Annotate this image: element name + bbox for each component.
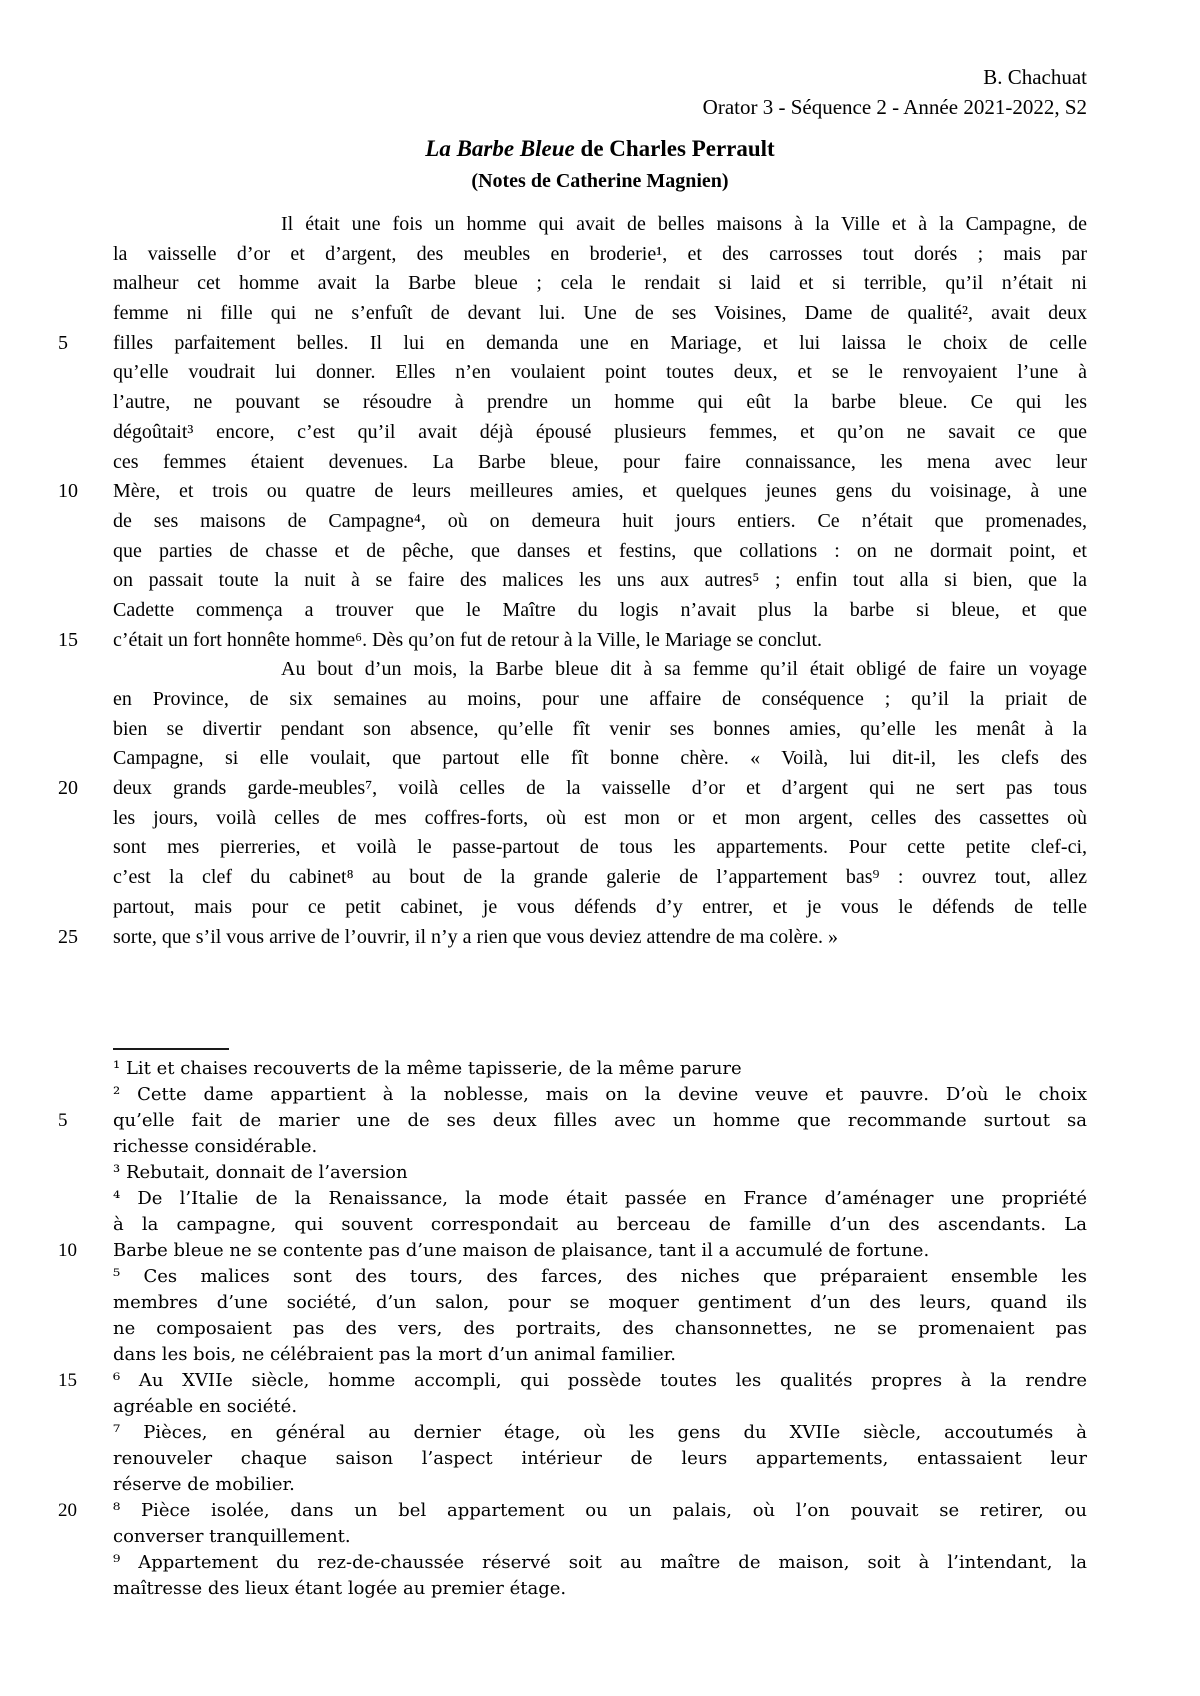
line-text: ⁴ De l’Italie de la Renaissance, la mode… <box>113 1188 1087 1209</box>
line-text: filles parfaitement belles. Il lui en de… <box>113 332 1087 354</box>
text-line: 5filles parfaitement belles. Il lui en d… <box>113 329 1087 359</box>
text-line: les jours, voilà celles de mes coffres-f… <box>113 804 1087 834</box>
text-line: bien se divertir pendant son absence, qu… <box>113 715 1087 745</box>
line-text: Barbe bleue ne se contente pas d’une mai… <box>113 1240 929 1261</box>
text-line: ⁵ Ces malices sont des tours, des farces… <box>113 1264 1087 1290</box>
text-line: qu’elle voudrait lui donner. Elles n’en … <box>113 358 1087 388</box>
text-line: Cadette commença a trouver que le Maître… <box>113 596 1087 626</box>
text-line: converser tranquillement. <box>113 1524 1087 1550</box>
line-text: ¹ Lit et chaises recouverts de la même t… <box>113 1058 742 1079</box>
text-line: agréable en société. <box>113 1394 1087 1420</box>
line-text: qu’elle voudrait lui donner. Elles n’en … <box>113 361 1087 383</box>
text-line: maîtresse des lieux étant logée au premi… <box>113 1576 1087 1602</box>
text-line: Campagne, si elle voulait, que partout e… <box>113 744 1087 774</box>
text-line: ³ Rebutait, donnait de l’aversion <box>113 1160 1087 1186</box>
text-line: ⁷ Pièces, en général au dernier étage, o… <box>113 1420 1087 1446</box>
line-text: qu’elle fait de marier une de ses deux f… <box>113 1110 1087 1131</box>
margin-line-number: 20 <box>58 774 103 804</box>
header-author: B. Chachuat <box>113 62 1087 92</box>
title-author-part: de Charles Perrault <box>575 136 775 161</box>
line-text: femme ni fille qui ne s’enfuît de devant… <box>113 302 1087 324</box>
text-line: en Province, de six semaines au moins, p… <box>113 685 1087 715</box>
text-line: richesse considérable. <box>113 1134 1087 1160</box>
line-text: on passait toute la nuit à se faire des … <box>113 569 1087 591</box>
line-text: ⁵ Ces malices sont des tours, des farces… <box>113 1266 1087 1287</box>
line-text: sont mes pierreries, et voilà le passe-p… <box>113 836 1087 858</box>
text-line: on passait toute la nuit à se faire des … <box>113 566 1087 596</box>
document-header: B. Chachuat Orator 3 - Séquence 2 - Anné… <box>113 62 1087 122</box>
margin-line-number: 15 <box>58 626 103 656</box>
text-line: membres d’une société, d’un salon, pour … <box>113 1290 1087 1316</box>
line-text: la vaisselle d’or et d’argent, des meubl… <box>113 243 1087 265</box>
line-text: dans les bois, ne célébraient pas la mor… <box>113 1344 676 1365</box>
text-line: c’est la clef du cabinet⁸ au bout de la … <box>113 863 1087 893</box>
text-line: la vaisselle d’or et d’argent, des meubl… <box>113 240 1087 270</box>
line-text: Au bout d’un mois, la Barbe bleue dit à … <box>281 658 1087 680</box>
text-line: ne composaient pas des vers, des portrai… <box>113 1316 1087 1342</box>
line-text: réserve de mobilier. <box>113 1474 295 1495</box>
text-line: 20⁸ Pièce isolée, dans un bel appartemen… <box>113 1498 1087 1524</box>
margin-line-number: 20 <box>58 1498 103 1524</box>
line-text: ⁹ Appartement du rez-de-chaussée réservé… <box>113 1552 1087 1573</box>
text-line: 20deux grands garde-meubles⁷, voilà cell… <box>113 774 1087 804</box>
text-line: sont mes pierreries, et voilà le passe-p… <box>113 833 1087 863</box>
line-text: partout, mais pour ce petit cabinet, je … <box>113 896 1087 918</box>
text-line: ⁹ Appartement du rez-de-chaussée réservé… <box>113 1550 1087 1576</box>
line-text: membres d’une société, d’un salon, pour … <box>113 1292 1087 1313</box>
line-text: ⁷ Pièces, en général au dernier étage, o… <box>113 1422 1087 1443</box>
line-text: ne composaient pas des vers, des portrai… <box>113 1318 1087 1339</box>
line-text: malheur cet homme avait la Barbe bleue ;… <box>113 272 1087 294</box>
title-work-name: La Barbe Bleue <box>425 136 575 161</box>
line-text: Campagne, si elle voulait, que partout e… <box>113 747 1087 769</box>
line-text: Mère, et trois ou quatre de leurs meille… <box>113 480 1087 502</box>
line-text: Cadette commença a trouver que le Maître… <box>113 599 1087 621</box>
line-text: ces femmes étaient devenues. La Barbe bl… <box>113 451 1087 473</box>
text-line: l’autre, ne pouvant se résoudre à prendr… <box>113 388 1087 418</box>
title-block: La Barbe Bleue de Charles Perrault (Note… <box>113 132 1087 196</box>
line-text: richesse considérable. <box>113 1136 317 1157</box>
line-text: de ses maisons de Campagne⁴, où on demeu… <box>113 510 1087 532</box>
text-line: Il était une fois un homme qui avait de … <box>113 210 1087 240</box>
text-line: 25sorte, que s’il vous arrive de l’ouvri… <box>113 923 1087 953</box>
line-text: ² Cette dame appartient à la noblesse, m… <box>113 1084 1087 1105</box>
text-line: femme ni fille qui ne s’enfuît de devant… <box>113 299 1087 329</box>
text-line: de ses maisons de Campagne⁴, où on demeu… <box>113 507 1087 537</box>
line-text: ³ Rebutait, donnait de l’aversion <box>113 1162 408 1183</box>
text-line: ces femmes étaient devenues. La Barbe bl… <box>113 448 1087 478</box>
line-text: renouveler chaque saison l’aspect intéri… <box>113 1448 1087 1469</box>
footnote-separator <box>113 1048 229 1050</box>
line-text: c’est la clef du cabinet⁸ au bout de la … <box>113 866 1087 888</box>
text-line: Au bout d’un mois, la Barbe bleue dit à … <box>113 655 1087 685</box>
text-line: ⁴ De l’Italie de la Renaissance, la mode… <box>113 1186 1087 1212</box>
text-line: renouveler chaque saison l’aspect intéri… <box>113 1446 1087 1472</box>
body-text: Il était une fois un homme qui avait de … <box>113 210 1087 952</box>
text-line: dans les bois, ne célébraient pas la mor… <box>113 1342 1087 1368</box>
line-text: agréable en société. <box>113 1396 297 1417</box>
document-title: La Barbe Bleue de Charles Perrault <box>113 132 1087 166</box>
line-text: en Province, de six semaines au moins, p… <box>113 688 1087 710</box>
margin-line-number: 5 <box>58 1108 103 1134</box>
margin-line-number: 25 <box>58 923 103 953</box>
line-text: à la campagne, qui souvent correspondait… <box>113 1214 1087 1235</box>
line-text: ⁸ Pièce isolée, dans un bel appartement … <box>113 1500 1087 1521</box>
line-text: converser tranquillement. <box>113 1526 351 1547</box>
margin-line-number: 15 <box>58 1368 103 1394</box>
text-line: malheur cet homme avait la Barbe bleue ;… <box>113 269 1087 299</box>
line-text: que parties de chasse et de pêche, que d… <box>113 540 1087 562</box>
line-text: dégoûtait³ encore, c’est qu’il avait déj… <box>113 421 1087 443</box>
text-line: que parties de chasse et de pêche, que d… <box>113 537 1087 567</box>
footnotes: ¹ Lit et chaises recouverts de la même t… <box>113 1056 1087 1602</box>
line-text: maîtresse des lieux étant logée au premi… <box>113 1578 566 1599</box>
margin-line-number: 10 <box>58 477 103 507</box>
text-line: ¹ Lit et chaises recouverts de la même t… <box>113 1056 1087 1082</box>
text-line: 15⁶ Au XVIIe siècle, homme accompli, qui… <box>113 1368 1087 1394</box>
line-text: deux grands garde-meubles⁷, voilà celles… <box>113 777 1087 799</box>
text-line: dégoûtait³ encore, c’est qu’il avait déj… <box>113 418 1087 448</box>
text-line: réserve de mobilier. <box>113 1472 1087 1498</box>
line-text: l’autre, ne pouvant se résoudre à prendr… <box>113 391 1087 413</box>
margin-line-number: 10 <box>58 1238 103 1264</box>
text-line: à la campagne, qui souvent correspondait… <box>113 1212 1087 1238</box>
header-course: Orator 3 - Séquence 2 - Année 2021-2022,… <box>113 92 1087 122</box>
document-subtitle: (Notes de Catherine Magnien) <box>113 166 1087 196</box>
text-line: 10Barbe bleue ne se contente pas d’une m… <box>113 1238 1087 1264</box>
line-text: Il était une fois un homme qui avait de … <box>281 213 1087 235</box>
margin-line-number: 5 <box>58 329 103 359</box>
text-line: partout, mais pour ce petit cabinet, je … <box>113 893 1087 923</box>
text-line: 10Mère, et trois ou quatre de leurs meil… <box>113 477 1087 507</box>
document-page: B. Chachuat Orator 3 - Séquence 2 - Anné… <box>0 0 1200 1696</box>
text-line: 5qu’elle fait de marier une de ses deux … <box>113 1108 1087 1134</box>
line-text: c’était un fort honnête homme⁶. Dès qu’o… <box>113 629 822 651</box>
line-text: bien se divertir pendant son absence, qu… <box>113 718 1087 740</box>
line-text: les jours, voilà celles de mes coffres-f… <box>113 807 1087 829</box>
line-text: ⁶ Au XVIIe siècle, homme accompli, qui p… <box>113 1370 1087 1391</box>
text-line: ² Cette dame appartient à la noblesse, m… <box>113 1082 1087 1108</box>
line-text: sorte, que s’il vous arrive de l’ouvrir,… <box>113 926 838 948</box>
text-line: 15c’était un fort honnête homme⁶. Dès qu… <box>113 626 1087 656</box>
